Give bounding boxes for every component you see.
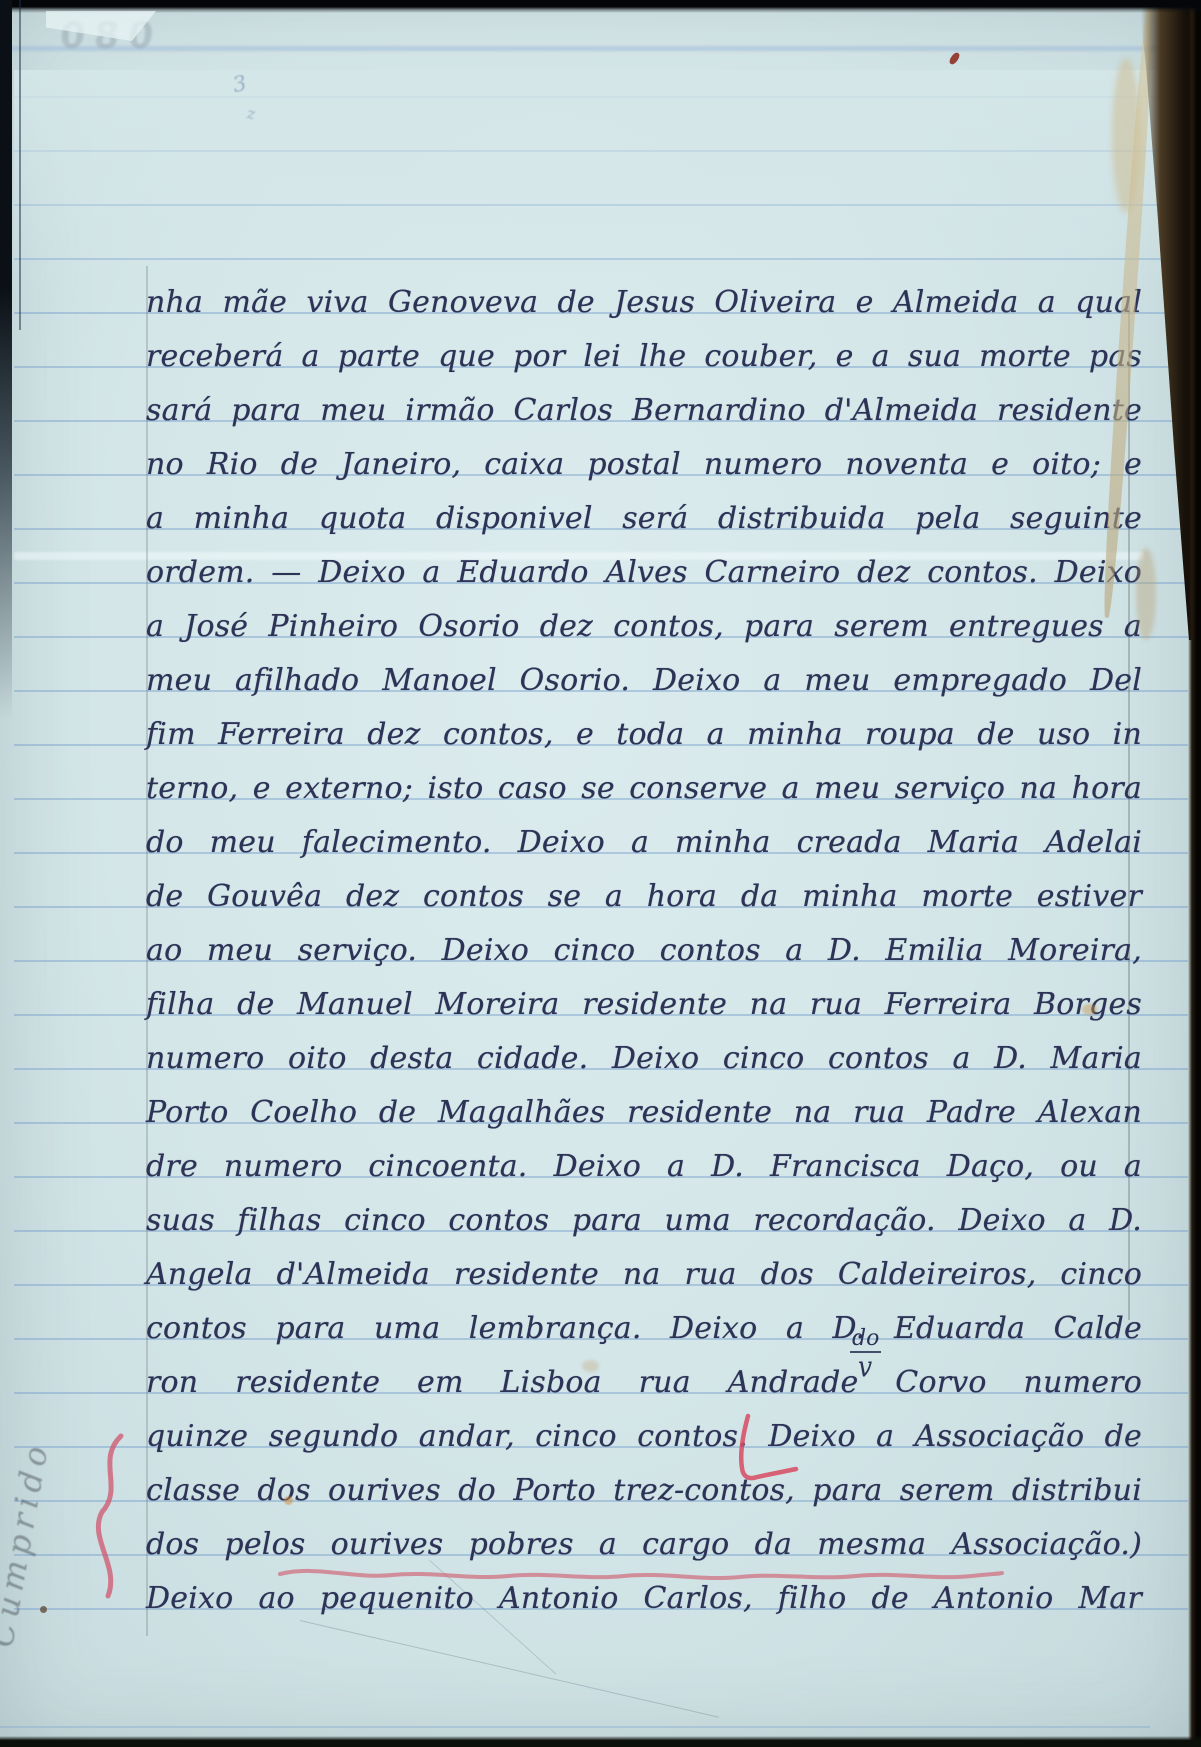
red-ink-fleck xyxy=(948,51,961,66)
paper-stain xyxy=(1136,548,1156,640)
manuscript-line: Deixo ao pequenito Antonio Carlos, filho… xyxy=(146,1572,1142,1626)
paper-crease xyxy=(300,1620,719,1718)
manuscript-line: dre numero cincoenta. Deixo a D. Francis… xyxy=(146,1140,1142,1194)
manuscript-line: meu afilhado Manoel Osorio. Deixo a meu … xyxy=(146,654,1142,708)
manuscript-line: Angela d'Almeida residente na rua dos Ca… xyxy=(146,1248,1142,1302)
scan-edge-left xyxy=(0,0,12,720)
manuscript-line: dos pelos ourives pobres a cargo da mesm… xyxy=(146,1518,1142,1572)
manuscript-line: no Rio de Janeiro, caixa postal numero n… xyxy=(146,438,1142,492)
manuscript-line: sará para meu irmão Carlos Bernardino d'… xyxy=(146,384,1142,438)
manuscript-line: de Gouvêa dez contos se a hora da minha … xyxy=(146,870,1142,924)
bottom-faint-rule xyxy=(0,1726,1150,1728)
insertion-caret-mark: v xyxy=(858,1352,872,1381)
manuscript-line: Porto Coelho de Magalhães residente na r… xyxy=(146,1086,1142,1140)
manuscript-line: nha mãe viva Genoveva de Jesus Oliveira … xyxy=(146,276,1142,330)
manuscript-line: contos para uma lembrança. Deixo a D. Ed… xyxy=(146,1302,1142,1356)
manuscript-line: fim Ferreira dez contos, e toda a minha … xyxy=(146,708,1142,762)
paper-stain xyxy=(1082,1004,1097,1015)
manuscript-line: a minha quota disponivel será distribuid… xyxy=(146,492,1142,546)
manuscript-line: numero oito desta cidade. Deixo cinco co… xyxy=(146,1032,1142,1086)
manuscript-line: suas filhas cinco contos para uma record… xyxy=(146,1194,1142,1248)
paper-stain xyxy=(582,1360,599,1372)
faded-top-rules xyxy=(14,70,1188,295)
manuscript-page: 080 3 z nha mãe viva Genoveva de Jesus O… xyxy=(0,0,1201,1747)
manuscript-line: ao meu serviço. Deixo cinco contos a D. … xyxy=(146,924,1142,978)
binding-shadow-line xyxy=(19,0,21,330)
manuscript-line: ron residente em Lisboa rua Andrade Corv… xyxy=(146,1356,1142,1410)
ink-dot xyxy=(40,1606,47,1613)
page-right-edge xyxy=(1188,0,1201,1747)
top-rule-band xyxy=(0,46,1160,51)
manuscript-line: filha de Manuel Moreira residente na rua… xyxy=(146,978,1142,1032)
manuscript-line: quinze segundo andar, cinco contos. Deix… xyxy=(146,1410,1142,1464)
manuscript-line: a José Pinheiro Osorio dez contos, para … xyxy=(146,600,1142,654)
manuscript-line: receberá a parte que por lei lhe couber,… xyxy=(146,330,1142,384)
manuscript-line: terno, e externo; isto caso se conserve … xyxy=(146,762,1142,816)
manuscript-line: ordem. — Deixo a Eduardo Alves Carneiro … xyxy=(146,546,1142,600)
manuscript-line: classe dos ourives do Porto trez-contos,… xyxy=(146,1464,1142,1518)
manuscript-line: do meu falecimento. Deixo a minha creada… xyxy=(146,816,1142,870)
scan-edge-bottom xyxy=(0,1736,1201,1747)
manuscript-text-block: nha mãe viva Genoveva de Jesus Oliveira … xyxy=(146,276,1142,1626)
scan-edge-top xyxy=(0,0,1201,13)
paper-stain xyxy=(284,1496,293,1505)
